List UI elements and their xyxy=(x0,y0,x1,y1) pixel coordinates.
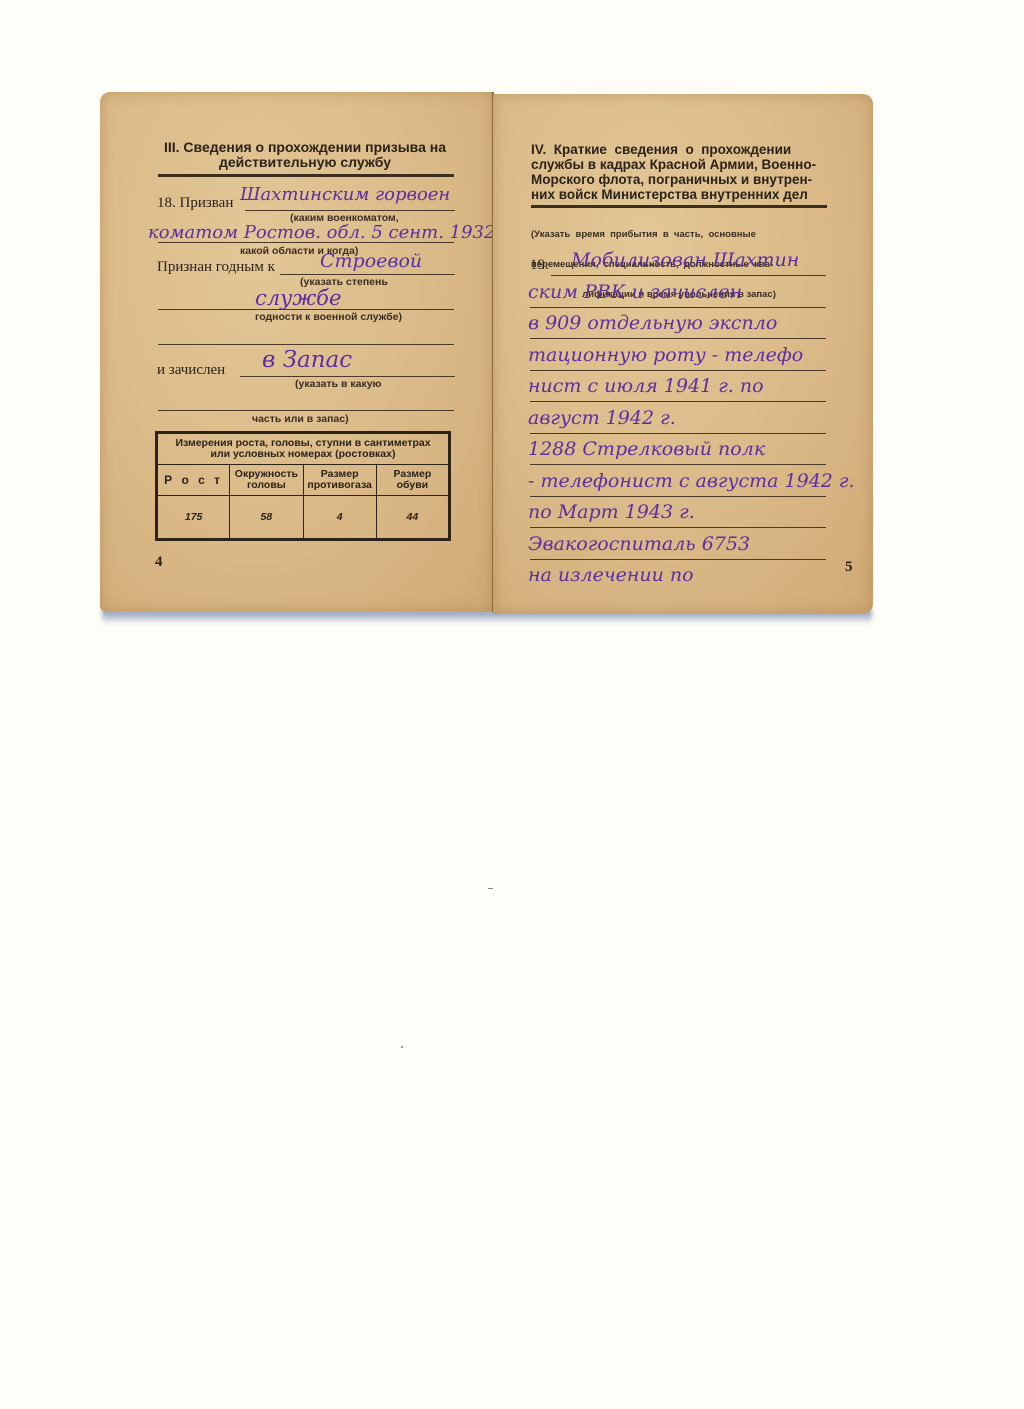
measurements-values-row: 175 58 4 44 xyxy=(157,496,450,540)
ruled-line xyxy=(530,401,826,402)
field-18-value-line1: Шахтинским горвоен xyxy=(240,184,450,205)
header-shoe-size: Размер обуви xyxy=(376,465,449,496)
service-history-line: в 909 отдельную экспло xyxy=(528,312,777,334)
instructions-line1: (Указать время прибытия в часть, основны… xyxy=(531,230,827,240)
section-3-title-line1: III. Сведения о прохождении призыва на xyxy=(155,140,455,155)
ruled-line xyxy=(530,527,826,528)
fit-line2 xyxy=(158,309,454,310)
service-history-line: Мобилизован Шахтин xyxy=(571,249,799,271)
section-4-title-line2: службы в кадрах Красной Армии, Военно- xyxy=(531,157,827,172)
fit-line1 xyxy=(280,274,455,275)
ruled-line xyxy=(551,275,826,276)
title-underline xyxy=(158,174,454,177)
ruled-line xyxy=(530,370,826,371)
section-4-title: IV. Краткие сведения о прохождении служб… xyxy=(531,142,827,202)
page-number-left: 4 xyxy=(155,554,163,571)
measurements-header-row: Р о с т Окружность головы Размер противо… xyxy=(157,465,450,496)
page-number-right: 5 xyxy=(845,559,853,576)
enrolled-value: в Запас xyxy=(262,347,352,373)
value-gasmask-size: 4 xyxy=(303,496,376,540)
ruled-line xyxy=(530,338,826,339)
section-4-title-line4: них войск Министерства внутренних дел xyxy=(531,187,827,202)
caption-line2: или условных номерах (ростовках) xyxy=(158,449,448,460)
service-history-line: нист с июля 1941 г. по xyxy=(528,375,764,397)
enrolled-hint-b: часть или в запас) xyxy=(252,413,349,425)
right-page: IV. Краткие сведения о прохождении служб… xyxy=(493,94,873,614)
section-4-title-line3: Морского флота, пограничных и внутрен- xyxy=(531,172,827,187)
enrolled-hint-a: (указать в какую xyxy=(295,378,382,390)
header-gasmask-line2: противогаза xyxy=(304,480,376,491)
field-18-value-line2: коматом Ростов. обл. 5 сент. 1932 г. xyxy=(148,222,516,243)
ruled-line xyxy=(530,433,826,434)
service-history-line: - телефонист с августа 1942 г. xyxy=(528,470,855,492)
service-history-line: ским РВК и зачислен xyxy=(528,281,742,303)
fit-value-line1: Строевой xyxy=(320,250,422,272)
header-height: Р о с т xyxy=(157,465,230,496)
ruled-line xyxy=(530,307,826,308)
fit-label: Признан годным к xyxy=(157,259,275,276)
service-history-line: Эвакогоспиталь 6753 xyxy=(528,533,750,555)
measurements-caption-row: Измерения роста, головы, ступни в сантим… xyxy=(157,433,450,465)
scan-speck xyxy=(488,888,493,889)
header-shoe-line2: обуви xyxy=(377,480,448,491)
section-3-title-line2: действительную службу xyxy=(155,155,455,170)
ruled-line xyxy=(530,464,826,465)
field-18-line1 xyxy=(245,210,455,211)
service-history-line: август 1942 г. xyxy=(528,407,676,429)
measurements-caption: Измерения роста, головы, ступни в сантим… xyxy=(157,433,450,465)
ruled-line xyxy=(530,559,826,560)
value-height: 175 xyxy=(157,496,230,540)
section-4-title-line1: IV. Краткие сведения о прохождении xyxy=(531,142,827,157)
value-shoe-size: 44 xyxy=(376,496,449,540)
left-page: III. Сведения о прохождении призыва на д… xyxy=(100,92,493,612)
scan-speck xyxy=(401,1046,403,1048)
service-history-line: на излечении по xyxy=(528,564,694,586)
service-history-line: 1288 Стрелковый полк xyxy=(528,438,765,460)
fit-value-line2: службе xyxy=(255,286,341,310)
header-gasmask-size: Размер противогаза xyxy=(303,465,376,496)
field-19-label: 19. xyxy=(530,257,549,274)
value-head-circumference: 58 xyxy=(230,496,303,540)
section-4-underline xyxy=(531,205,827,208)
section-3-title: III. Сведения о прохождении призыва на д… xyxy=(155,140,455,170)
blank-line xyxy=(158,344,454,345)
enrolled-label: и зачислен xyxy=(157,362,225,379)
header-head-circumference: Окружность головы xyxy=(230,465,303,496)
service-history-line: по Март 1943 г. xyxy=(528,501,695,523)
measurements-table: Измерения роста, головы, ступни в сантим… xyxy=(155,431,451,541)
ruled-line xyxy=(530,496,826,497)
enrolled-line1 xyxy=(240,376,455,377)
header-head-line2: головы xyxy=(230,480,302,491)
field-18-line2 xyxy=(158,242,454,243)
fit-hint-b: годности к военной службе) xyxy=(255,311,402,323)
field-18-label: 18. Призван xyxy=(157,195,233,212)
enrolled-line2 xyxy=(158,410,454,411)
service-history-line: тационную роту - телефо xyxy=(528,344,803,366)
military-id-booklet: III. Сведения о прохождении призыва на д… xyxy=(100,92,875,617)
